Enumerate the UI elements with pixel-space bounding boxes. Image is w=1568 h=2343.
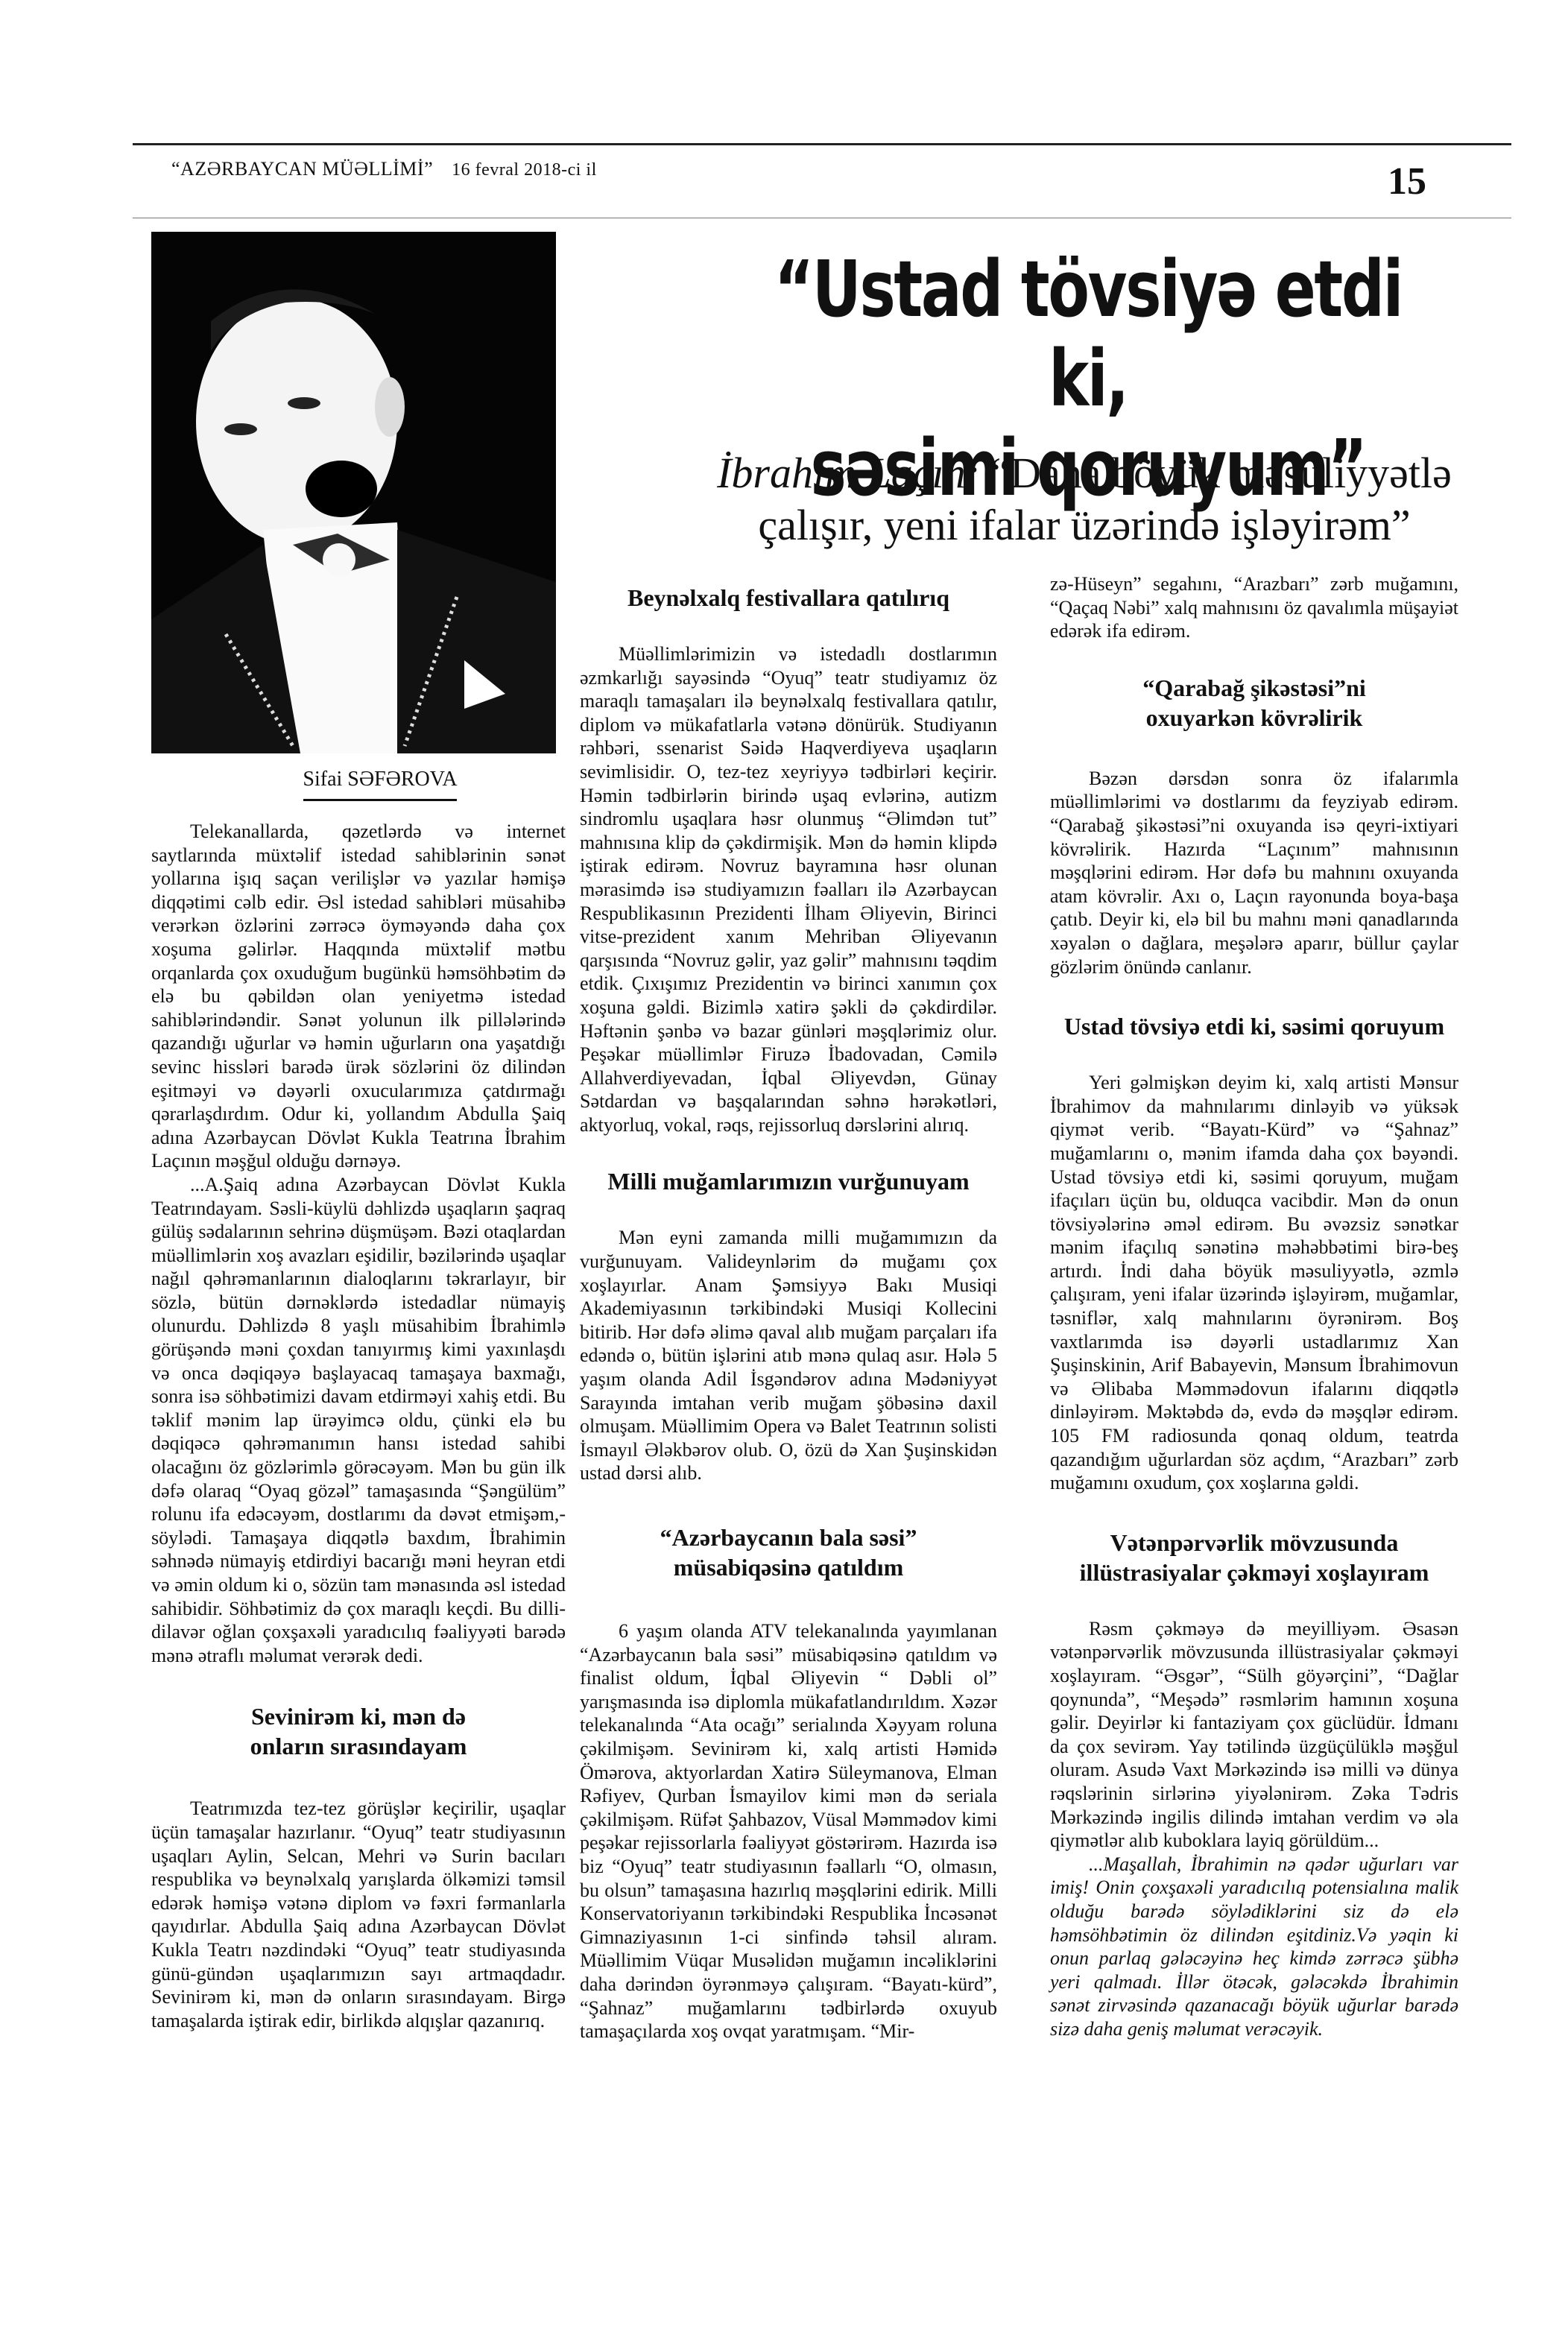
portrait-photo xyxy=(151,232,556,753)
right-column: zə-Hüseyn” segahını, “Arazbarı” zərb muğ… xyxy=(1050,572,1458,2041)
issue-date: 16 fevral 2018-ci il xyxy=(452,160,597,180)
article-subheadline: İbrahim Laçın: “Daha böyük məsuliyyətlə … xyxy=(656,447,1513,551)
author-byline: Sifai SƏFƏROVA xyxy=(171,768,589,801)
paragraph: 6 yaşım olanda ATV telekanalında yayımla… xyxy=(580,1619,997,2043)
portrait-photo-icon xyxy=(151,232,556,753)
masthead: “AZƏRBAYCAN MÜƏLLİMİ” 16 fevral 2018-ci … xyxy=(171,158,597,180)
subhead-name: İbrahim Laçın: xyxy=(717,449,980,497)
section-heading: “Azərbaycanın bala səsi” müsabiqəsinə qa… xyxy=(580,1523,997,1582)
section-heading: Beynəlxalq festivallara qatılırıq xyxy=(580,583,997,613)
header-divider xyxy=(133,218,1511,218)
paragraph: Mən eyni zamanda milli muğamımızın da vu… xyxy=(580,1226,997,1485)
closing-paragraph: ...Maşallah, İbrahimin nə qədər uğurları… xyxy=(1050,1853,1458,2041)
paragraph: Bəzən dərsdən sonra öz ifalarımla müəlli… xyxy=(1050,767,1458,978)
left-column: Telekanallarda, qəzetlərdə və internet s… xyxy=(151,820,566,2032)
paragraph: Telekanallarda, qəzetlərdə və internet s… xyxy=(151,820,566,1173)
publication-name: “AZƏRBAYCAN MÜƏLLİMİ” xyxy=(171,158,433,180)
subhead-quote-1: “Daha böyük məsuliyyətlə xyxy=(980,449,1452,497)
paragraph: Teatrımızda tez-tez görüşlər keçirilir, … xyxy=(151,1797,566,2032)
paragraph: ...A.Şaiq adına Azərbaycan Dövlət Kukla … xyxy=(151,1173,566,1667)
subhead-quote-2: çalışır, yeni ifalar üzərində işləyirəm” xyxy=(656,499,1513,551)
paragraph: Müəllimlərimizin və istedadlı dostlarımı… xyxy=(580,642,997,1136)
section-heading: Ustad tövsiyə etdi ki, səsimi qoruyum xyxy=(1050,1011,1458,1041)
paragraph: Rəsm çəkməyə də meyilliyəm. Əsasən vətən… xyxy=(1050,1617,1458,1853)
paragraph: Yeri gəlmişkən deyim ki, xalq artisti Mə… xyxy=(1050,1071,1458,1495)
section-heading: Milli muğamlarımızın vurğunuyam xyxy=(580,1166,997,1196)
byline-underline xyxy=(303,799,457,801)
paragraph: zə-Hüseyn” segahını, “Arazbarı” zərb muğ… xyxy=(1050,572,1458,643)
header-rule xyxy=(133,143,1511,145)
headline-line-1: “Ustad tövsiyə etdi ki, xyxy=(762,244,1414,423)
author-name: Sifai SƏFƏROVA xyxy=(303,768,457,791)
section-heading: Vətənpərvərlik mövzusunda illüstrasiyala… xyxy=(1050,1528,1458,1587)
section-heading: Sevinirəm ki, mən də onların sırasındaya… xyxy=(151,1701,566,1761)
page-number: 15 xyxy=(1388,159,1426,203)
section-heading: “Qarabağ şikəstəsi”ni oxuyarkən kövrəlir… xyxy=(1050,673,1458,733)
middle-column: Beynəlxalq festivallara qatılırıq Müəlli… xyxy=(580,583,997,2043)
